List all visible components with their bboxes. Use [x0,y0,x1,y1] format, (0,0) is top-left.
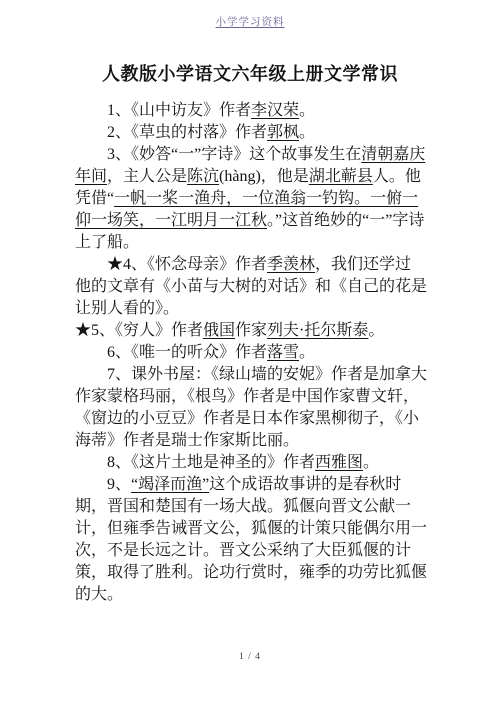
text-run: 6、《唯一的听众》作者 [107,344,267,361]
text-run: ，主人公是 [107,168,187,185]
text-run: ★4、《怀念母亲》作者 [107,256,267,273]
underlined-term: 西雅图 [315,454,363,471]
text-run: 。 [363,454,379,471]
document-header: 小学学习资料 [0,14,500,29]
underlined-term: 湖北蕲县 [309,168,373,185]
document-title: 人教版小学语文六年级上册文学常识 [0,60,500,86]
underlined-term: 李汉荣 [251,102,299,119]
text-run: 这个成语故事讲的是春秋时期，晋国和楚国有一场大战。狐偃向晋文公献一计，但雍季告诫… [75,476,427,603]
text-run: 。 [368,322,384,339]
list-item-2: 2、《草虫的村落》作者郭枫。 [75,122,427,144]
text-run: 8、《这片土地是神圣的》作者 [107,454,315,471]
text-run: (hàng)，他是 [219,168,309,185]
list-item-4: ★4、《怀念母亲》作者季羡林，我们还学过他的文章有《小苗与大树的对话》和《自己的… [75,254,427,320]
list-item-8: 8、《这片土地是神圣的》作者西雅图。 [75,452,427,474]
underlined-term: “竭泽而渔” [131,476,209,493]
underlined-term: 陈沆 [187,168,219,185]
underlined-term: 郭枫 [267,124,299,141]
list-item-3: 3、《妙答“一”字诗》这个故事发生在清朝嘉庆年间，主人公是陈沆(hàng)，他是… [75,144,427,254]
list-item-1: 1、《山中访友》作者李汉荣。 [75,100,427,122]
text-run: 3、《妙答“一”字诗》这个故事发生在 [107,146,361,163]
text-run: 1、《山中访友》作者 [107,102,251,119]
text-run: 9、 [107,476,131,493]
underlined-term: 俄国 [203,322,235,339]
text-run: 7、课外书屋：《绿山墙的安妮》作者是加拿大作家蒙格玛丽，《根鸟》作者是中国作家曹… [75,366,427,449]
document-body: 1、《山中访友》作者李汉荣。 2、《草虫的村落》作者郭枫。 3、《妙答“一”字诗… [75,100,427,606]
text-run: 。 [299,124,315,141]
text-run: 2、《草虫的村落》作者 [107,124,267,141]
underlined-term: 落雪 [267,344,299,361]
list-item-5: ★5、《穷人》作者俄国作家列夫·托尔斯泰。 [75,320,427,342]
underlined-term: 列夫·托尔斯泰 [267,322,368,339]
text-run: 。 [299,344,315,361]
list-item-7: 7、课外书屋：《绿山墙的安妮》作者是加拿大作家蒙格玛丽，《根鸟》作者是中国作家曹… [75,364,427,452]
list-item-6: 6、《唯一的听众》作者落雪。 [75,342,427,364]
list-item-9: 9、“竭泽而渔”这个成语故事讲的是春秋时期，晋国和楚国有一场大战。狐偃向晋文公献… [75,474,427,606]
underlined-term: 季羡林 [267,256,315,273]
watermark-link[interactable]: 小学学习资料 [216,17,285,28]
text-run: 作家 [235,322,267,339]
text-run: ★5、《穷人》作者 [75,322,203,339]
text-run: 。 [299,102,315,119]
page-number: 1 / 4 [0,652,500,662]
